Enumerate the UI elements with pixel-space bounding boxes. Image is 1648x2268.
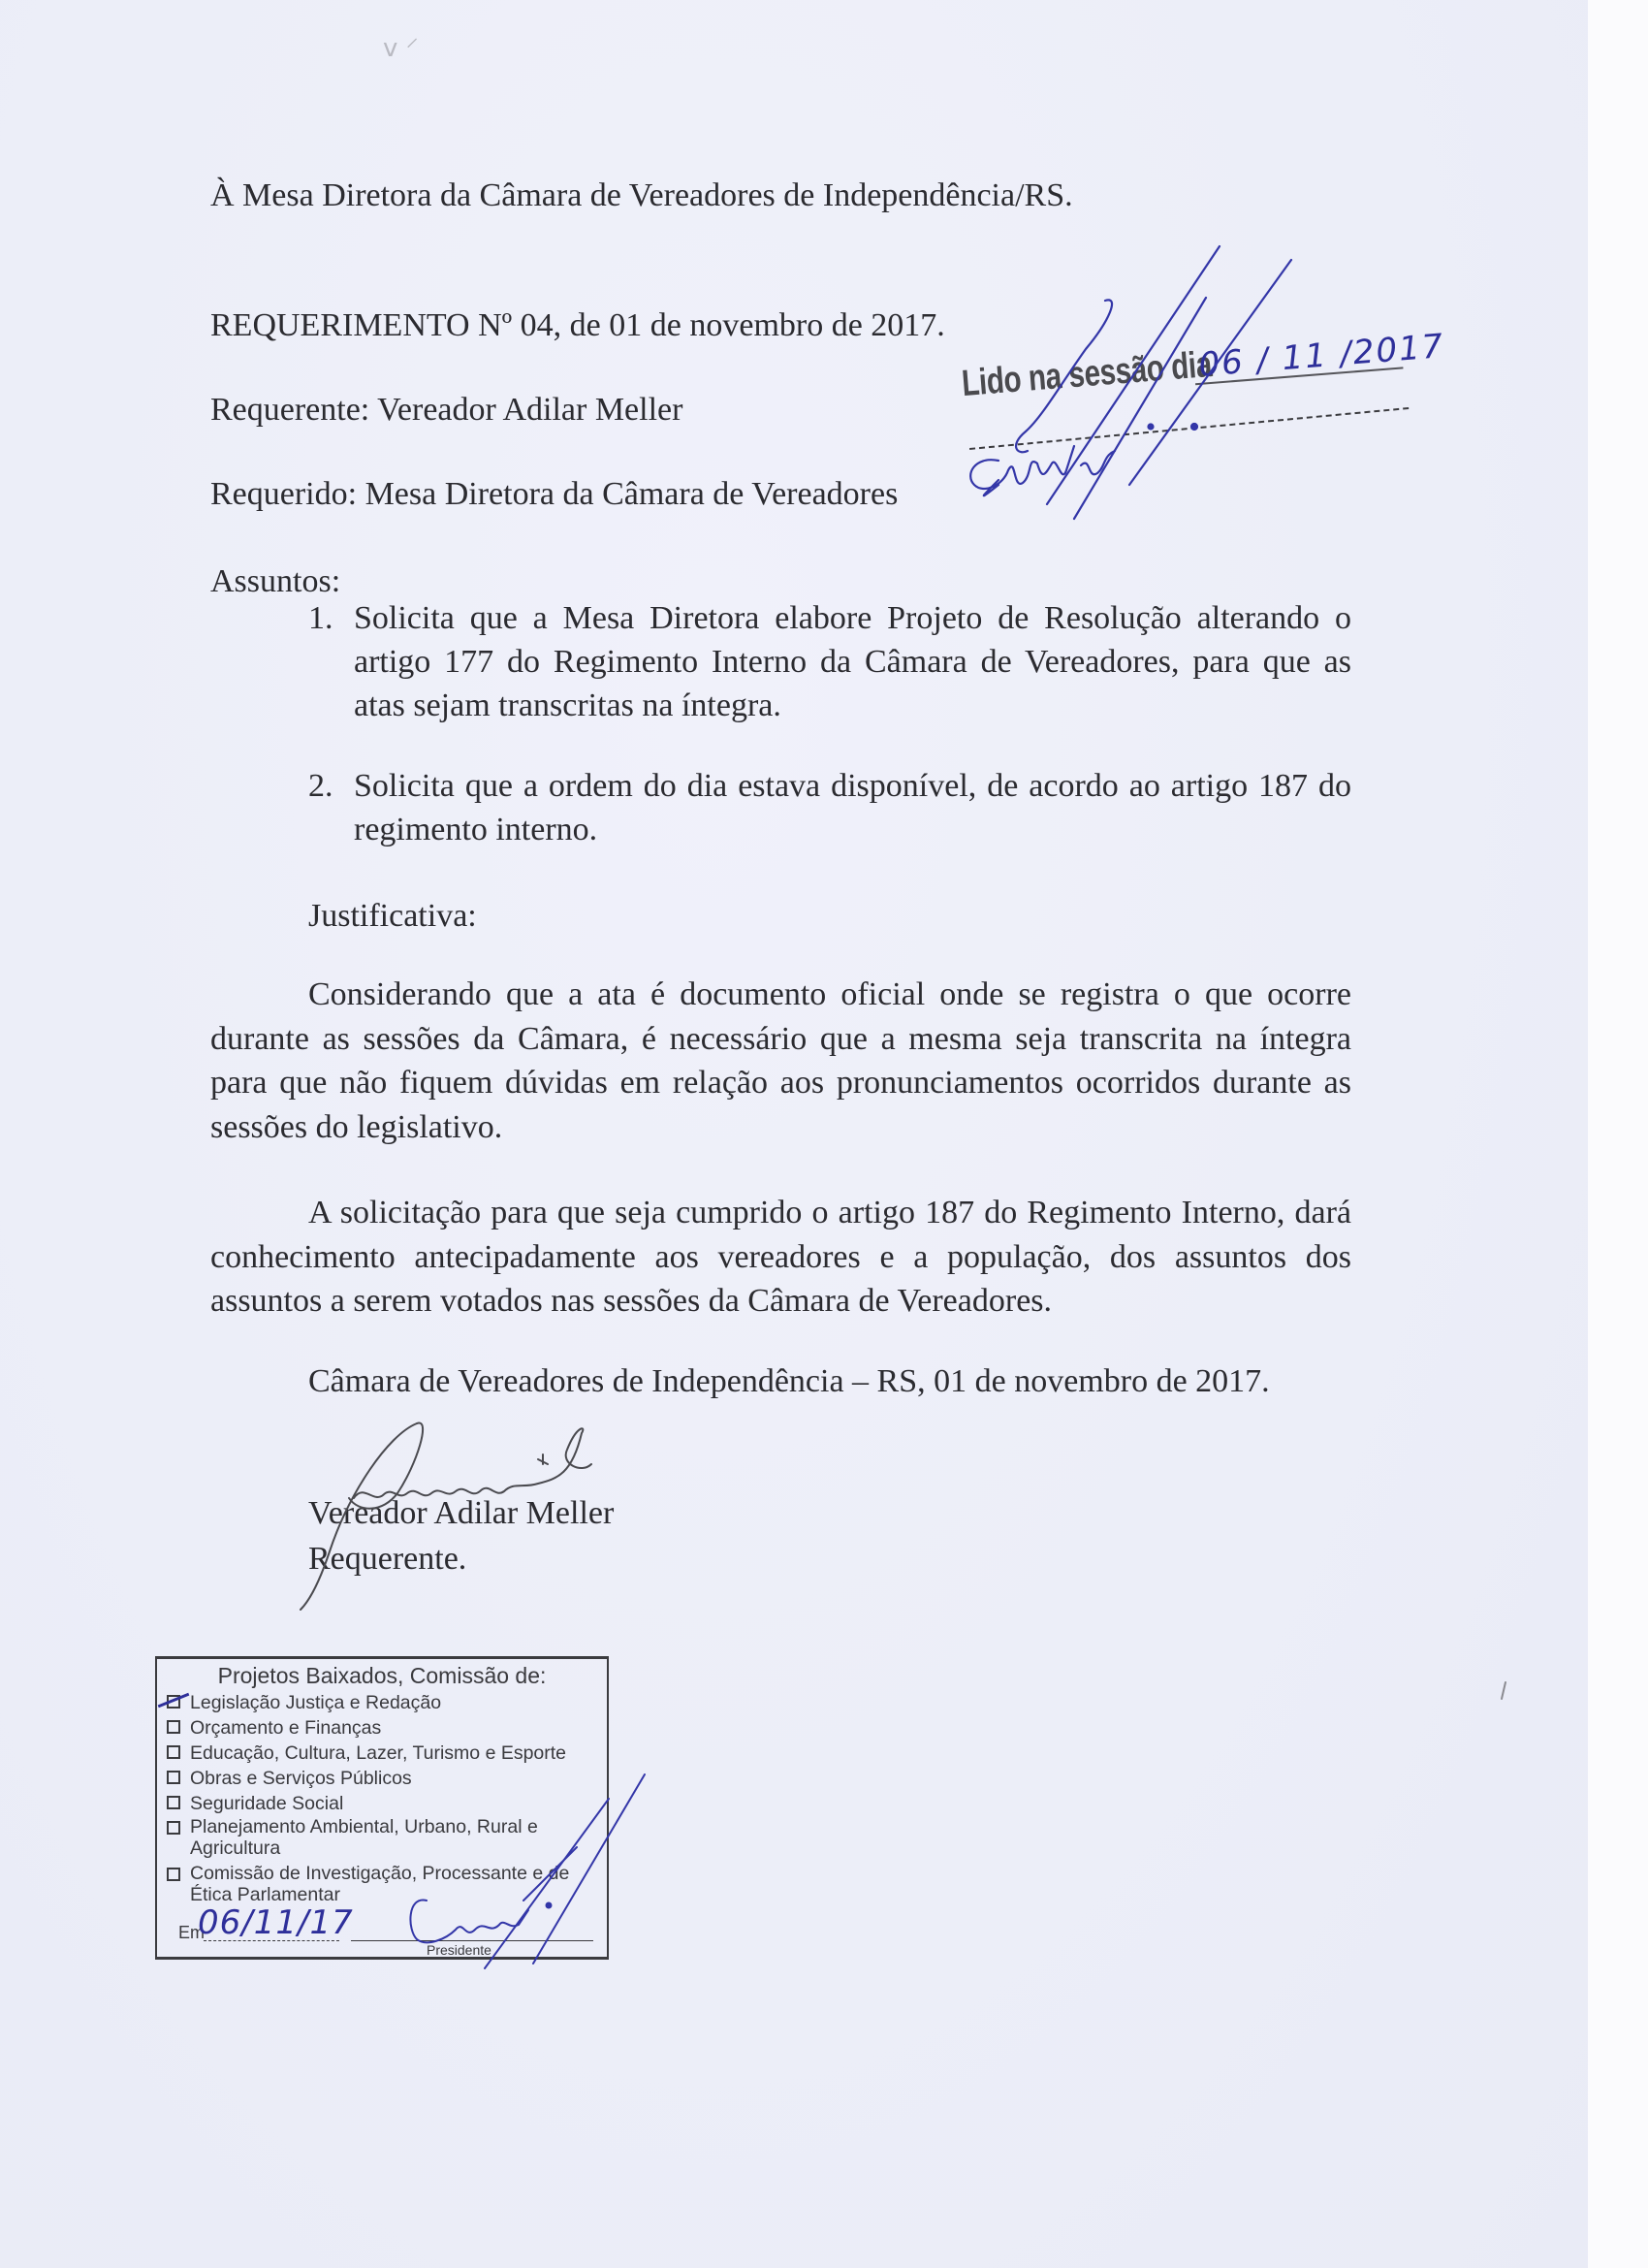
committee-option: Educação, Cultura, Lazer, Turismo e Espo… [167, 1741, 607, 1766]
committee-option: Comissão de Investigação, Processante e … [167, 1863, 607, 1905]
justification-paragraph-2: A solicitação para que seja cumprido o a… [210, 1191, 1351, 1324]
committee-option-label: Seguridade Social [190, 1793, 343, 1814]
committee-option: Planejamento Ambiental, Urbano, Rural e … [167, 1816, 607, 1859]
applicant-line: Requerente: Vereador Adilar Meller [210, 388, 682, 431]
committee-stamp-title: Projetos Baixados, Comissão de: [157, 1663, 607, 1689]
place-date-line: Câmara de Vereadores de Independência – … [308, 1359, 1270, 1403]
committee-option-label: Comissão de Investigação, Processante e … [190, 1863, 569, 1905]
committee-option-label: Orçamento e Finanças [190, 1717, 381, 1739]
committee-option-label: Obras e Serviços Públicos [190, 1768, 412, 1789]
scan-artifact: ⅴ ⸍ [383, 29, 419, 64]
committee-option-label: Educação, Cultura, Lazer, Turismo e Espo… [190, 1742, 566, 1764]
committee-option: Orçamento e Finanças [167, 1715, 607, 1741]
justification-paragraph-1: Considerando que a ata é documento ofici… [210, 973, 1351, 1149]
scanned-page: ⅴ ⸍ À Mesa Diretora da Câmara de Vereado… [0, 0, 1588, 2268]
subject-text: Solicita que a Mesa Diretora elabore Pro… [354, 596, 1351, 727]
request-title: REQUERIMENTO Nº 04, de 01 de novembro de… [210, 303, 945, 347]
committee-option: Legislação Justiça e Redação [167, 1690, 607, 1715]
committee-options: Legislação Justiça e Redação Orçamento e… [167, 1690, 607, 1909]
checkbox-icon [167, 1720, 180, 1734]
committee-referral-stamp: Projetos Baixados, Comissão de: Legislaç… [155, 1656, 609, 1960]
signatory-role: Requerente. [308, 1537, 466, 1581]
committee-option-label: Legislação Justiça e Redação [190, 1692, 441, 1713]
checkbox-checked-icon [167, 1695, 180, 1709]
checkbox-icon [167, 1868, 180, 1881]
checkbox-icon [167, 1821, 180, 1835]
committee-option: Seguridade Social [167, 1791, 607, 1816]
justification-heading: Justificativa: [308, 894, 477, 938]
subject-number: 1. [308, 596, 333, 640]
committee-option: Obras e Serviços Públicos [167, 1766, 607, 1791]
subject-text: Solicita que a ordem do dia estava dispo… [354, 764, 1351, 851]
read-in-session-stamp: Lido na sessão dia 06 / 11 /2017 [959, 303, 1419, 417]
signatory-name: Vereador Adilar Meller [308, 1491, 614, 1535]
checkbox-icon [167, 1796, 180, 1809]
checkbox-icon [167, 1771, 180, 1784]
subject-item-1: 1. Solicita que a Mesa Diretora elabore … [308, 596, 1351, 727]
respondent-line: Requerido: Mesa Diretora da Câmara de Ve… [210, 472, 898, 516]
checkbox-icon [167, 1745, 180, 1759]
addressee-line: À Mesa Diretora da Câmara de Vereadores … [210, 174, 1073, 217]
read-stamp-handwritten-date: 06 / 11 /2017 [1197, 327, 1446, 385]
subject-item-2: 2. Solicita que a ordem do dia estava di… [308, 764, 1351, 851]
committee-option-label: Planejamento Ambiental, Urbano, Rural e … [190, 1816, 538, 1859]
subject-number: 2. [308, 764, 333, 808]
president-signature-line [969, 407, 1409, 450]
committee-handwritten-date: 06/11/17 [198, 1903, 354, 1942]
president-label: Presidente [427, 1942, 491, 1958]
read-stamp-label: Lido na sessão dia [961, 344, 1214, 405]
president-signature-line [351, 1940, 593, 1941]
